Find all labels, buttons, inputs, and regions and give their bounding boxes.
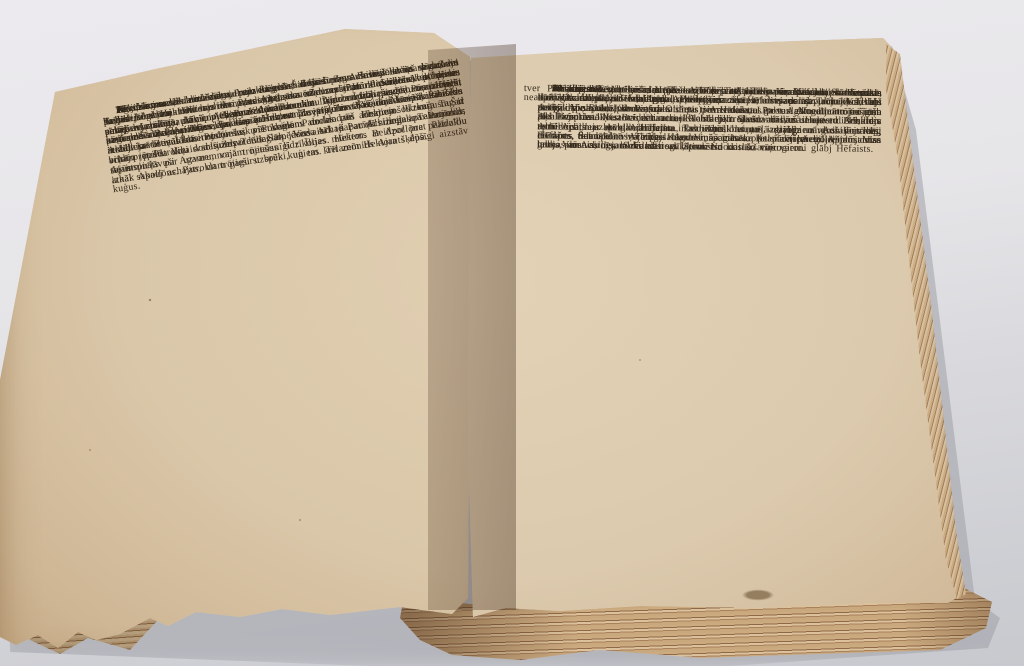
photo-scene: 13. dziesma. Trōjieši jau sāk dedzināt a… bbox=[0, 0, 1024, 666]
right-page-text-block: tver Patrokla līķi un nes to pie kuģiem.… bbox=[524, 84, 882, 109]
left-page-text-block: 13. dziesma. Trōjieši jau sāk dedzināt a… bbox=[88, 58, 461, 131]
paragraph-canto-17: 17. dziesma. Hektors novelk kritušajam P… bbox=[88, 58, 458, 110]
canto-22-text: Trōjieši sabēg pilsētā, Hektors viens pa… bbox=[538, 84, 882, 117]
paragraph-canto-22: ✱22. dziesma. Trōjieši sabēg pilsētā, He… bbox=[524, 84, 882, 89]
